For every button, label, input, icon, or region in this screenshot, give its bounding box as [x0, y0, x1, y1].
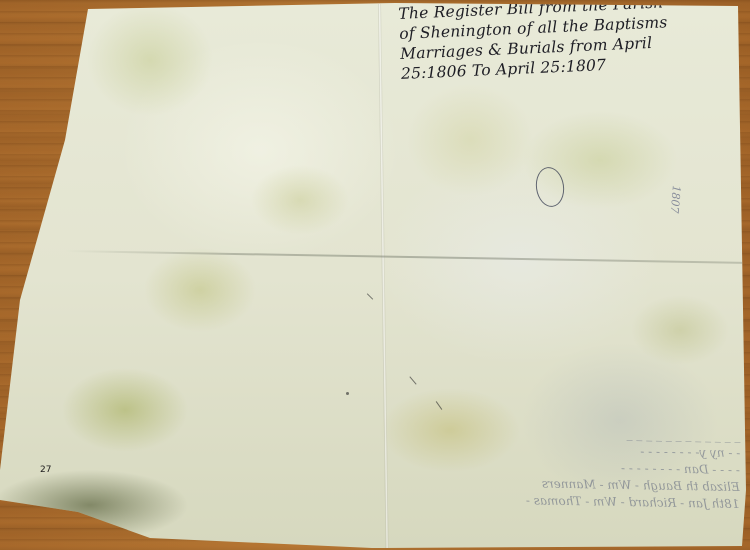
horizontal-fold-crease	[65, 250, 745, 264]
page-number: 27	[40, 465, 51, 475]
parchment-document: The Register Bill from the Parish of She…	[0, 0, 750, 550]
ink-mark	[409, 376, 416, 384]
ink-mark	[436, 401, 443, 410]
archive-stamp-icon	[533, 165, 566, 209]
vertical-fold-crease	[378, 4, 389, 550]
ink-mark	[346, 392, 349, 395]
document-heading: The Register Bill from the Parish of She…	[398, 0, 746, 84]
ink-mark	[367, 293, 373, 299]
bleed-through-text: _ _ _ _ _ _ _ _ _ _ _ _ - - ny y- - - - …	[394, 422, 740, 513]
marginal-note: 1807	[668, 185, 683, 214]
